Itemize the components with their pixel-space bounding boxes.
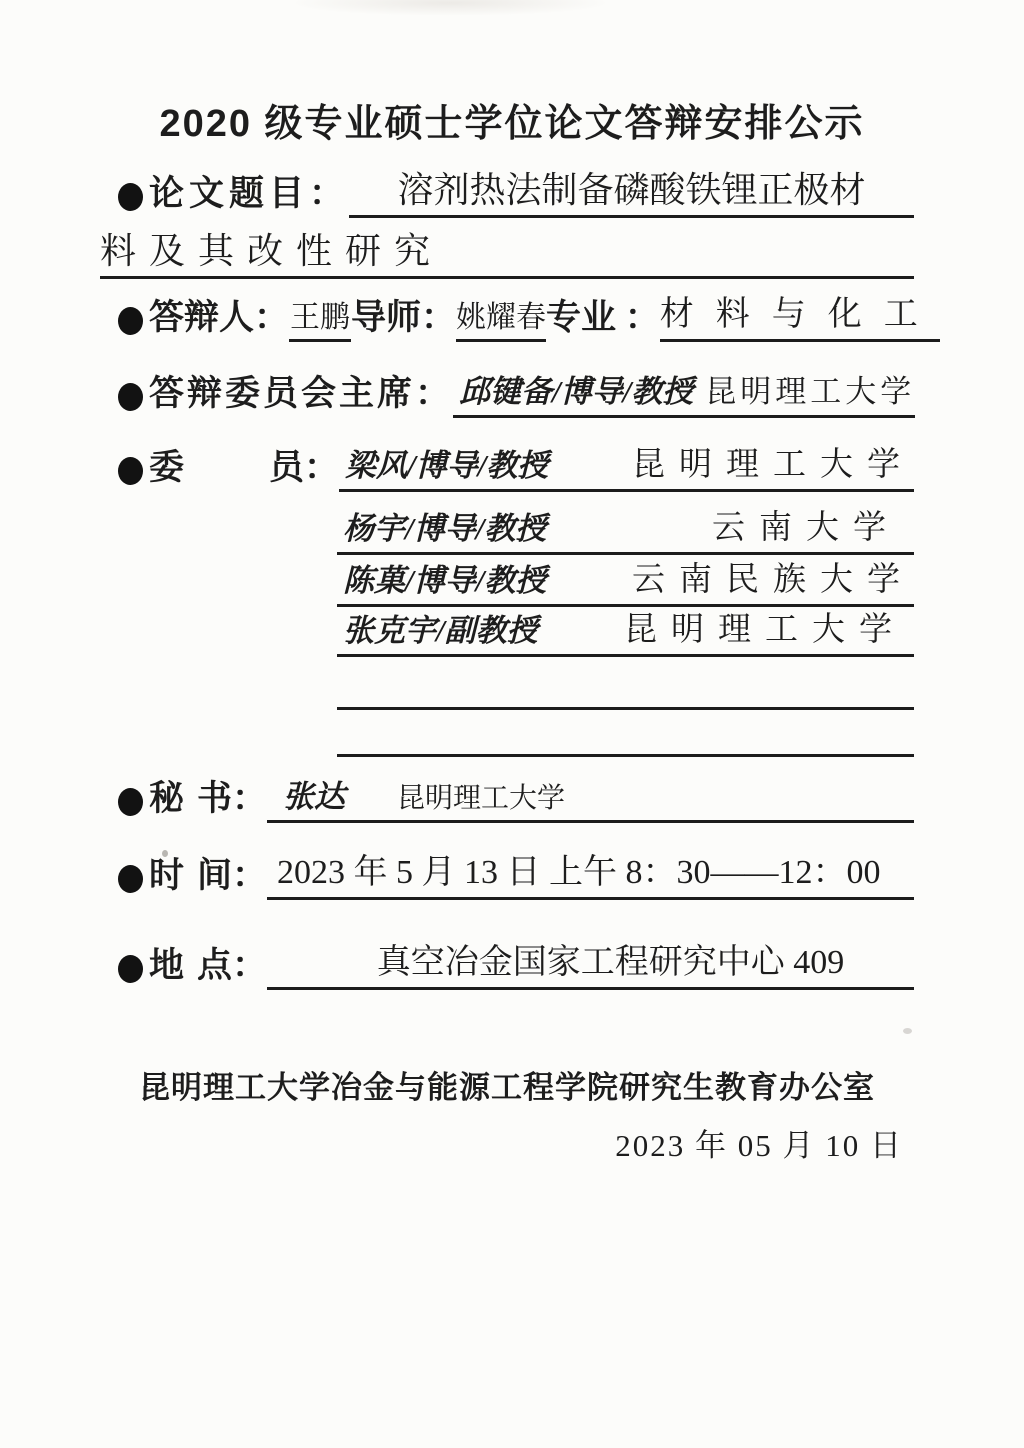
page-title: 2020 级专业硕士学位论文答辩安排公示 [0, 102, 1024, 148]
location-label-left: 地 [149, 947, 184, 986]
committee-member-affiliation: 云南民族大学 [632, 560, 914, 601]
major-value: 材料与化工 [660, 295, 940, 336]
bullet-icon [118, 955, 143, 983]
committee-member-name: 张克宇/副教授 [343, 612, 538, 651]
bullet-icon [118, 865, 143, 893]
defendant-name: 王鹏 [290, 301, 350, 334]
thesis-label: 论文题目： [149, 175, 349, 219]
location-label: 地 点： [149, 947, 267, 991]
document-page: 2020 级专业硕士学位论文答辩安排公示 论文题目： 溶剂热法制备磷酸铁锂正极材… [0, 0, 1024, 1448]
location-underline: 真空冶金国家工程研究中心 409 [267, 943, 914, 990]
committee-member-affiliation: 云南大学 [712, 508, 900, 549]
committee-member-underline: 张克宇/副教授 昆明理工大学 [337, 610, 914, 657]
thesis-title-line1: 溶剂热法制备磷酸铁锂正极材 [398, 169, 866, 212]
thesis-title-line2: 料及其改性研究 [100, 230, 443, 273]
committee-row: 陈菓/博导/教授 云南民族大学 [337, 565, 914, 607]
secretary-affiliation: 昆明理工大学 [397, 781, 565, 817]
defendant-label: 答辩人： [149, 299, 289, 343]
committee-label-left: 委 [149, 449, 184, 488]
time-label: 时 间： [149, 857, 267, 901]
defendant-row: 答辩人： 王鹏 导师： 姚耀春 专业 ： 材料与化工 [100, 296, 914, 342]
committee-label: 委 员： [149, 449, 339, 493]
secretary-label-right: 书： [197, 780, 267, 819]
chair-row: 答辩委员会主席： 邱键备/博导/教授 昆明理工大学 [100, 372, 914, 418]
time-underline: 2023 年 5 月 13 日 上午 8：30——12：00 [267, 853, 914, 900]
committee-member-underline: 陈菓/博导/教授 云南民族大学 [337, 560, 914, 607]
committee-member-name: 陈菓/博导/教授 [343, 562, 546, 601]
footer-office: 昆明理工大学冶金与能源工程学院研究生教育办公室 [100, 1062, 914, 1107]
thesis-title-underline-2: 料及其改性研究 [100, 230, 914, 279]
scan-smudge [290, 0, 610, 16]
major-label: 专业 ： [546, 299, 660, 343]
secretary-label-left: 秘 [149, 780, 184, 819]
scan-speck [903, 1028, 912, 1034]
location-value: 真空冶金国家工程研究中心 409 [337, 943, 845, 984]
committee-member-underline: 杨宇/博导/教授 云南大学 [337, 508, 914, 555]
supervisor-name-underline: 姚耀春 [456, 299, 546, 343]
time-label-right: 间： [197, 857, 267, 896]
committee-row: 委 员： 梁风/博导/教授 昆明理工大学 [100, 450, 914, 492]
committee-row-empty [337, 715, 914, 757]
bullet-icon [118, 383, 143, 411]
bullet-icon [118, 307, 143, 335]
committee-row: 杨宇/博导/教授 云南大学 [337, 513, 914, 555]
committee-member-underline [337, 751, 914, 757]
committee-member-affiliation: 昆明理工大学 [632, 445, 914, 486]
committee-row: 张克宇/副教授 昆明理工大学 [337, 615, 914, 657]
major-underline: 材料与化工 [660, 295, 940, 342]
secretary-label: 秘 书： [149, 780, 267, 824]
location-label-right: 点： [197, 947, 267, 986]
supervisor-label: 导师： [351, 299, 456, 343]
committee-member-name: 梁风/博导/教授 [345, 447, 548, 486]
chair-underline: 邱键备/博导/教授 昆明理工大学 [453, 373, 915, 418]
chair-label: 答辩委员会主席： [149, 375, 453, 419]
bullet-icon [118, 788, 143, 816]
time-value: 2023 年 5 月 13 日 上午 8：30——12：00 [277, 853, 881, 894]
defendant-name-underline: 王鹏 [289, 299, 351, 343]
bullet-icon [118, 457, 143, 485]
secretary-name: 张达 [283, 778, 345, 817]
thesis-title-underline: 溶剂热法制备磷酸铁锂正极材 [349, 169, 914, 218]
committee-member-underline: 梁风/博导/教授 昆明理工大学 [339, 445, 914, 492]
footer-date: 2023 年 05 月 10 日 [100, 1120, 903, 1165]
bullet-icon [118, 183, 143, 211]
secretary-row: 秘 书： 张达 昆明理工大学 [100, 780, 914, 823]
supervisor-name: 姚耀春 [456, 301, 546, 334]
time-label-left: 时 [149, 857, 184, 896]
committee-member-affiliation: 昆明理工大学 [624, 610, 906, 651]
chair-affiliation: 昆明理工大学 [705, 373, 915, 412]
time-row: 时 间： 2023 年 5 月 13 日 上午 8：30——12：00 [100, 857, 914, 900]
thesis-title-row: 论文题目： 溶剂热法制备磷酸铁锂正极材 [100, 162, 914, 218]
committee-row-empty [337, 668, 914, 710]
secretary-underline: 张达 昆明理工大学 [267, 778, 914, 823]
committee-label-right: 员： [269, 449, 339, 488]
location-row: 地 点： 真空冶金国家工程研究中心 409 [100, 945, 914, 990]
committee-member-name: 杨宇/博导/教授 [343, 510, 546, 549]
chair-name: 邱键备/博导/教授 [459, 373, 693, 412]
thesis-title-row-2: 料及其改性研究 [100, 225, 914, 279]
committee-member-underline [337, 704, 914, 710]
